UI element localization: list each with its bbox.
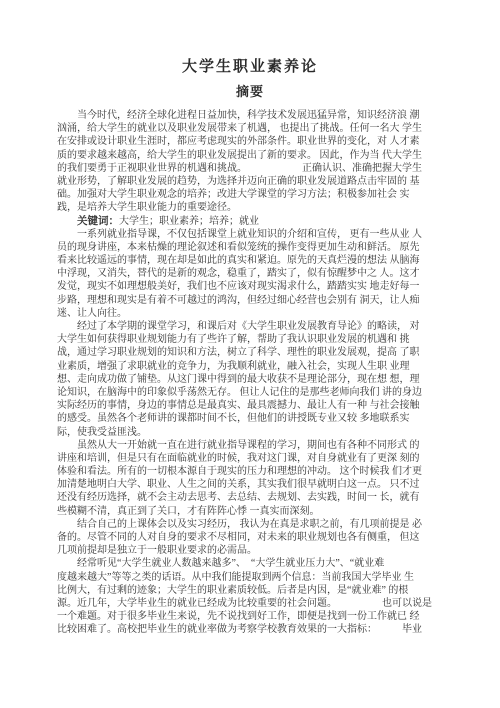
- text-line: 比较困难了。高校把毕业生的就业率做为考察学校教育效果的一大指标： 毕业: [57, 623, 445, 636]
- text-line: 发觉，现实不如理想般美好，我们也不应该对现实渴求什么，踏踏实实 地走好每一: [57, 280, 445, 293]
- text-line: 看来比较遥远的事情，现在却是如此的真实和紧迫。原先的天真烂漫的想法 从脑海: [57, 254, 445, 267]
- text-line: 员的现身讲座，本来枯燥的理论叙述和看似笼统的操作变得更加生动和鲜活。 原先: [57, 241, 445, 254]
- keywords-text: 大学生；职业素养；培养；就业: [119, 216, 259, 227]
- paragraph: 结合自己的上课体会以及实习经历， 我认为在真是求职之前，有几项前提是 必备的。尽…: [57, 518, 445, 558]
- text-line: 比例大，有过剩的迹象；大学生的职业素质较低。后者是内因，是“就业难” 的根: [57, 584, 445, 597]
- paragraph: 一系列就业指导课，不仅包括课堂上就业知识的介绍和宣传， 更有一些从业 人员的现身…: [57, 228, 445, 320]
- text-line: 迷、让人向往。: [57, 307, 445, 320]
- text-line: 一个难题。对于很多毕业生来说，先不说找到好工作，即便是找到一份工作就已 经: [57, 610, 445, 623]
- text-line: 些模糊不清，真正到了关口，才有阵阵心悸 一真实而深刻。: [57, 505, 445, 518]
- text-line: 大学生如何获得职业规划能力有了些许了解，帮助了我认识职业发展的机遇和 挑: [57, 333, 445, 346]
- text-line: 际，使我受益匪浅。: [57, 426, 445, 439]
- text-line: 虽然从大一开始就一直在进行就业指导课程的学习，期间也有各种不同形式 的: [57, 439, 445, 452]
- text-line: 讲座和培训，但是只有在面临就业的时候，我对这门课，对自身就业有了更深 刻的: [57, 452, 445, 465]
- text-line: 经过了本学期的课堂学习，和课后对《大学生职业发展教育导论》的略读， 对: [57, 320, 445, 333]
- text-line: 当今时代，经济全球化进程日益加快，科学技术发展迅猛异常，知识经济浪 潮: [57, 109, 445, 122]
- text-line: 度越来越大”等等之类的话语。从中我们能提取到两个信息：当前我国大学毕业 生: [57, 571, 445, 584]
- text-line: 还没有经历选择，就不会主动去思考、去总结、去规划、去实践，时间一 长，就有: [57, 491, 445, 504]
- paragraph: 当今时代，经济全球化进程日益加快，科学技术发展迅猛异常，知识经济浪 潮汹涌，给大…: [57, 109, 445, 215]
- text-line: 备的。尽管不同的人对自身的要求不尽相同，对未来的职业规划也各有侧重， 但这: [57, 531, 445, 544]
- text-line: 础。加强对大学生职业观念的培养；改进大学课堂的学习方法；积极参加社会 实: [57, 188, 445, 201]
- text-line: 战，通过学习职业规划的知识和方法，树立了科学、理性的职业发展观，提高 了职: [57, 346, 445, 359]
- paragraph: 经常听见“大学生就业人数越来越多”、 “大学生就业压力大”、“就业难度越来越大”…: [57, 557, 445, 636]
- keywords-label: 关键词：: [77, 216, 119, 227]
- text-line: 汹涌，给大学生的就业以及职业发展带来了机遇， 也提出了挑战。任何一名大 学生: [57, 122, 445, 135]
- text-line: 就业形势，了解职业发展的趋势，为选择并迈向正确的职业发展道路点击牢固的 基: [57, 175, 445, 188]
- text-line: 体验和看法。所有的一切根本源自于现实的压力和理想的冲动。 这个时候我 们才更: [57, 465, 445, 478]
- document-body: 当今时代，经济全球化进程日益加快，科学技术发展迅猛异常，知识经济浪 潮汹涌，给大…: [57, 109, 445, 637]
- text-line: 质的要求越来越高，给大学生的职业发展提出了新的要求。 因此，作为当 代大学生: [57, 149, 445, 162]
- document-subtitle: 摘要: [0, 81, 500, 100]
- text-line: 实际经历的事情，身边的事情总是最真实、最具震撼力、最让人有一种 与社会接触: [57, 399, 445, 412]
- text-line: 一系列就业指导课，不仅包括课堂上就业知识的介绍和宣传， 更有一些从业 人: [57, 228, 445, 241]
- paragraph: 虽然从大一开始就一直在进行就业指导课程的学习，期间也有各种不同形式 的讲座和培训…: [57, 439, 445, 518]
- text-line: 几项前提却是独立于一般职业要求的必需品。: [57, 544, 445, 557]
- paragraph: 经过了本学期的课堂学习，和课后对《大学生职业发展教育导论》的略读， 对大学生如何…: [57, 320, 445, 439]
- keywords-line: 关键词：大学生；职业素养；培养；就业: [57, 215, 445, 228]
- text-line: 中浮现，又消失，替代的是新的观念，稳重了，踏实了，似有惊醒梦中之 人。这才: [57, 267, 445, 280]
- text-line: 业素质，增强了求职就业的竞争力，为我顺利就业，融入社会，实现人生职 业理: [57, 360, 445, 373]
- document-title: 大学生职业素养论: [0, 0, 500, 76]
- text-line: 践，是培养大学生职业能力的重要途径。: [57, 201, 445, 214]
- text-line: 结合自己的上课体会以及实习经历， 我认为在真是求职之前，有几项前提是 必: [57, 518, 445, 531]
- text-line: 源。近几年，大学毕业生的就业已经成为比较重要的社会问题。 也可以说是: [57, 597, 445, 610]
- document-page: 大学生职业素养论 摘要 当今时代，经济全球化进程日益加快，科学技术发展迅猛异常，…: [0, 0, 500, 708]
- text-line: 步路，理想和现实是有着不可越过的鸿沟，但经过细心经营也会别有 洞天，让人痴: [57, 294, 445, 307]
- text-line: 经常听见“大学生就业人数越来越多”、 “大学生就业压力大”、“就业难: [57, 557, 445, 570]
- text-line: 想、走向成功做了铺垫。从这门课中得到的最大收获不是理论部分，现在想 想，理: [57, 373, 445, 386]
- text-line: 加清楚地明白大学、职业、人生之间的关系，其实我们很早就明白这一点。 只不过: [57, 478, 445, 491]
- text-line: 的感受。虽然各个老师讲的课都时间不长，但他们的讲授既专业又较 多地联系实: [57, 412, 445, 425]
- text-line: 论知识，在脑海中的印象似乎荡然无存。 但让人记住的是那些老师向我们 讲的身边: [57, 386, 445, 399]
- text-line: 在安排或设计职业生涯时，都应考虑现实的外部条件。职业世界的变化，对 人才素: [57, 135, 445, 148]
- text-line: 的我们要勇于正视职业世界的机遇和挑战。 正确认识、准确把握大学生: [57, 162, 445, 175]
